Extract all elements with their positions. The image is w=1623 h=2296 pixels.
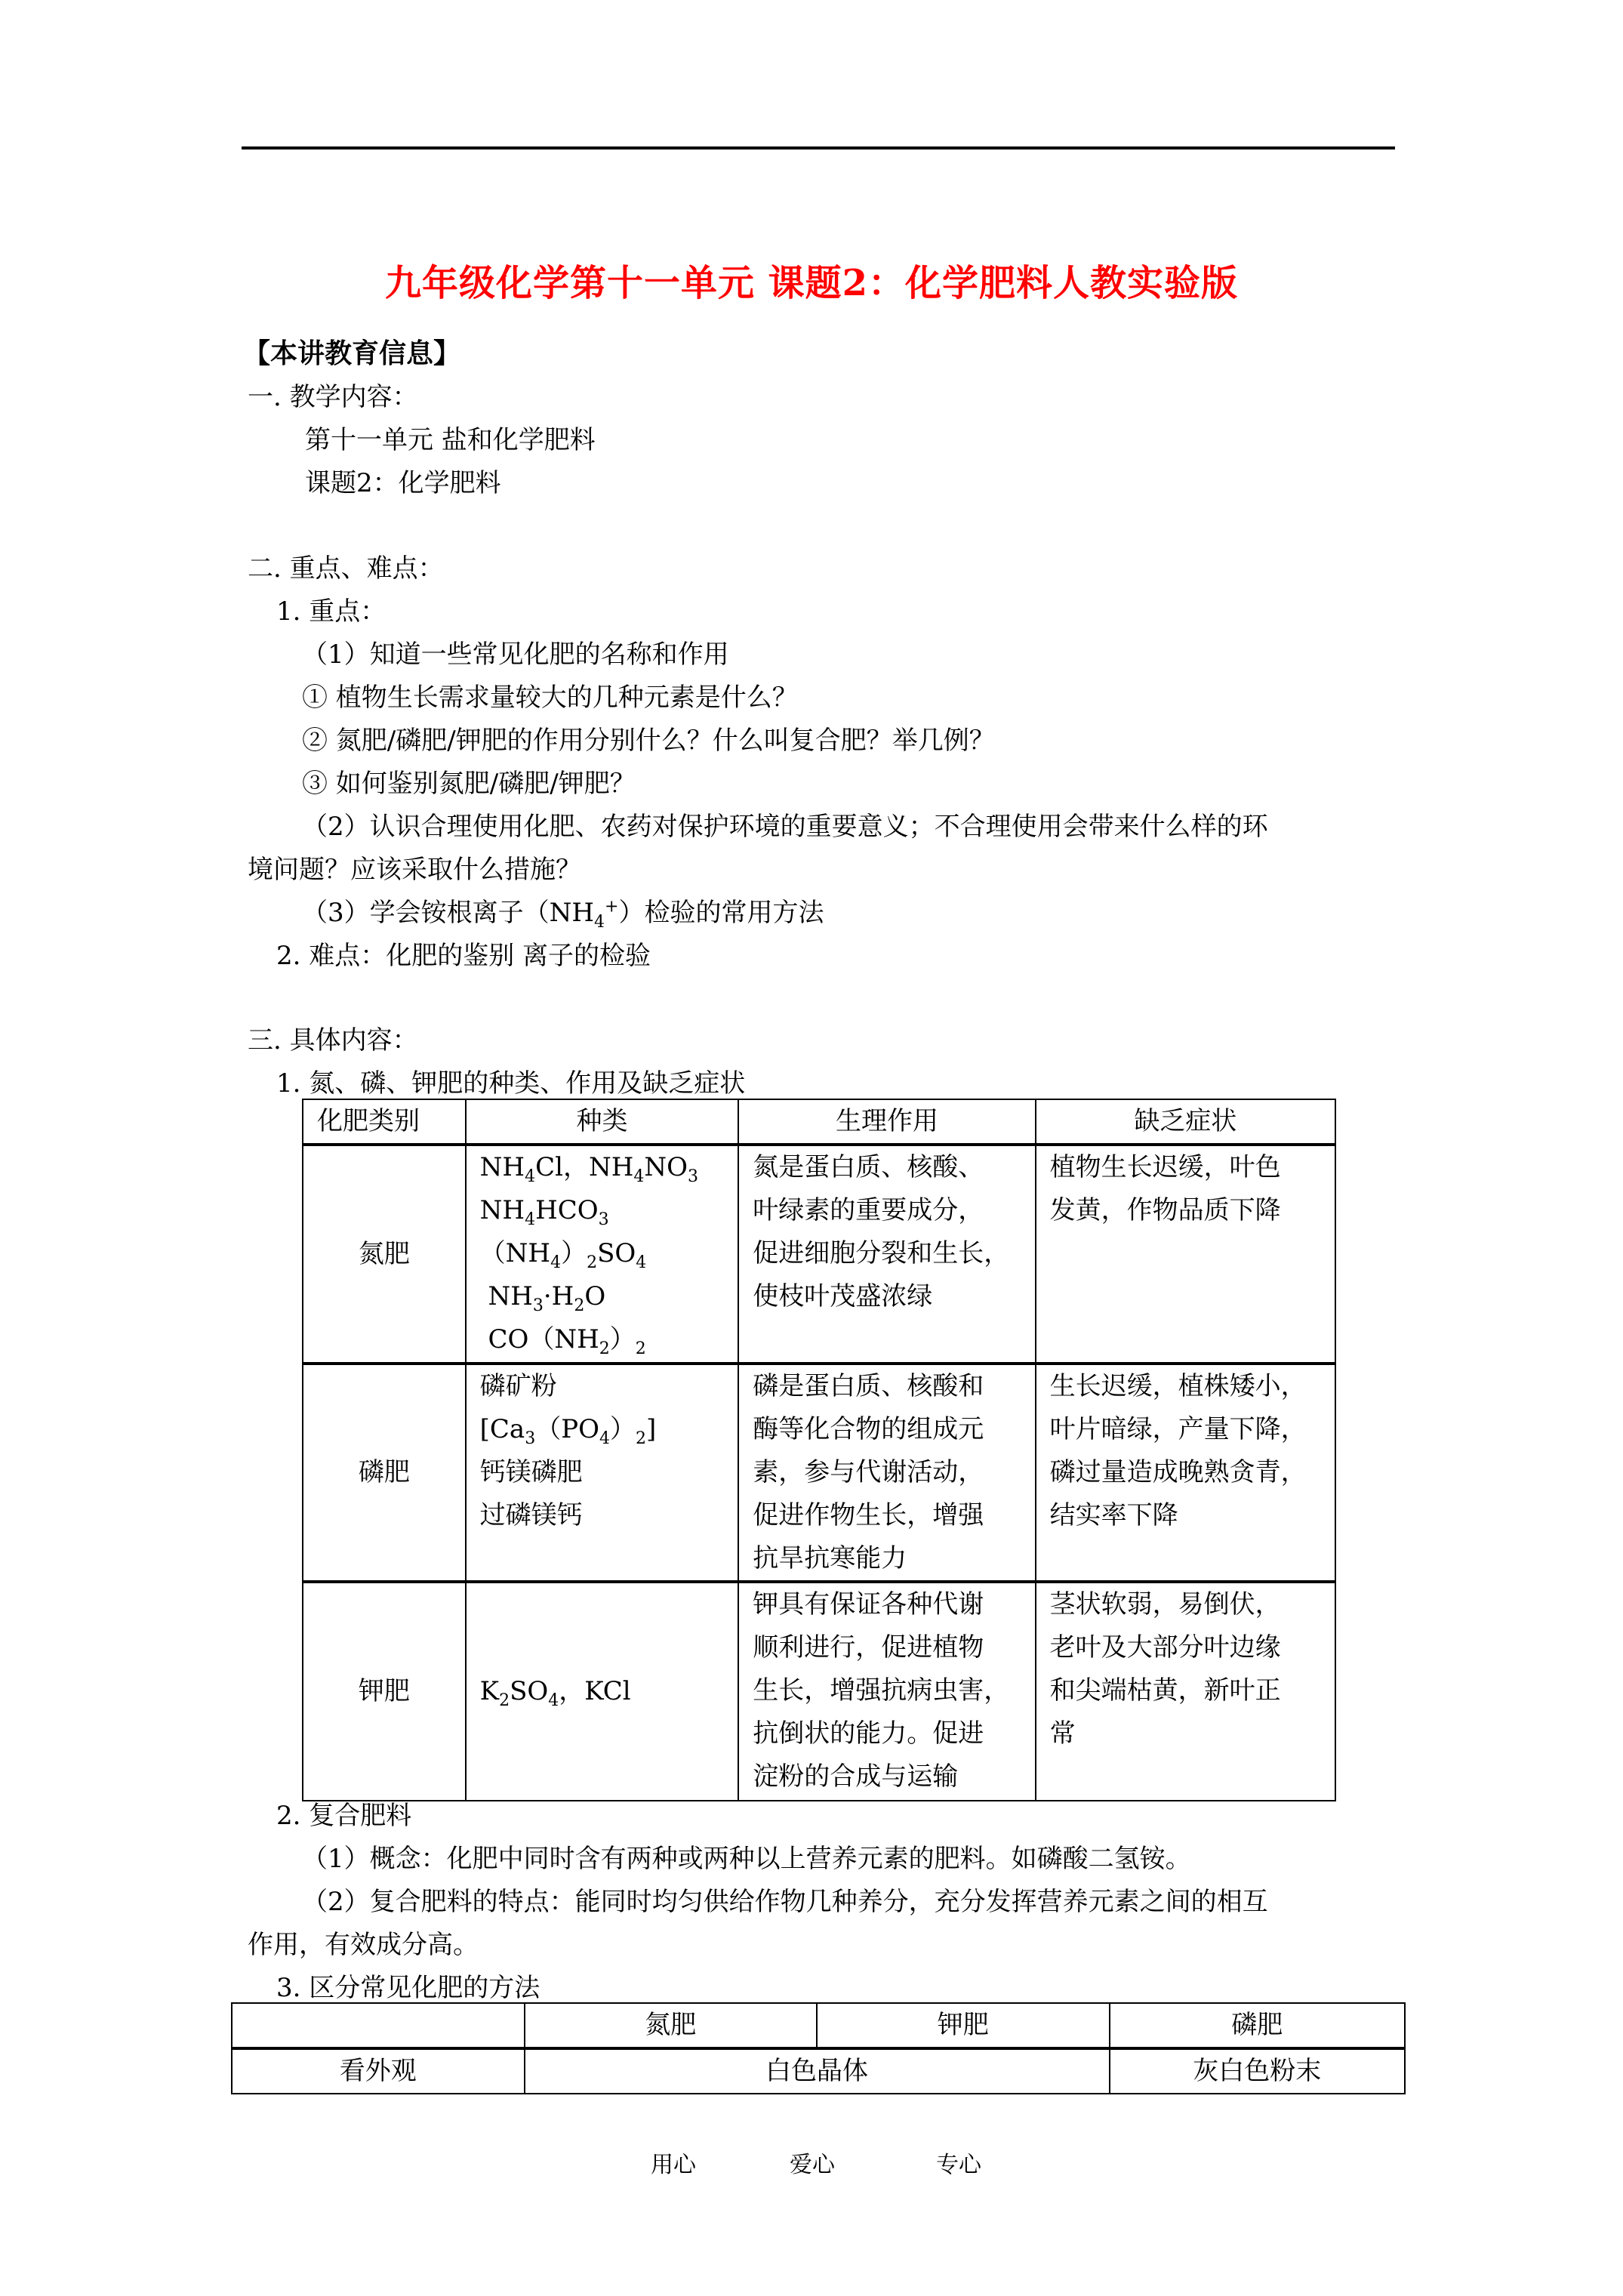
- appearance-cell: 灰白色粉末: [1110, 2048, 1406, 2094]
- document-title: 九年级化学第十一单元 课题2：化学肥料人教实验版: [0, 254, 1623, 306]
- types-cell: NH4Cl，NH4NO3 NH4HCO3 （NH4）2SO4 NH3·H2O C…: [466, 1145, 739, 1364]
- key-point-question: ③ 如何鉴别氮肥/磷肥/钾肥？: [302, 769, 636, 799]
- key-point-item-continued: 境问题？应该采取什么措施？: [248, 855, 581, 885]
- subsection-heading: 1. 氮、磷、钾肥的种类、作用及缺乏症状: [276, 1068, 745, 1099]
- category-cell: 钾肥: [303, 1582, 466, 1801]
- function-cell: 磷是蛋白质、核酸和 酶等化合物的组成元 素，参与代谢活动， 促进作物生长，增强 …: [738, 1364, 1035, 1582]
- types-cell: 磷矿粉 [Ca3（PO4）2] 钙镁磷肥 过磷镁钙: [466, 1364, 739, 1582]
- table-row: 氮肥 NH4Cl，NH4NO3 NH4HCO3 （NH4）2SO4 NH3·H2…: [303, 1145, 1335, 1364]
- table-header-cell: [232, 2003, 525, 2048]
- category-cell: 氮肥: [303, 1145, 466, 1364]
- key-point-item: （2）认识合理使用化肥、农药对保护环境的重要意义；不合理使用会带来什么样的环: [302, 812, 1268, 842]
- key-point-question: ② 氮肥/磷肥/钾肥的作用分别什么？什么叫复合肥？举几例？: [302, 726, 995, 756]
- table-row: 看外观 白色晶体 灰白色粉末: [232, 2048, 1405, 2094]
- deficiency-cell: 茎状软弱，易倒伏， 老叶及大部分叶边缘 和尖端枯黄，新叶正 常: [1036, 1582, 1335, 1801]
- table-header-row: 氮肥 钾肥 磷肥: [232, 2003, 1405, 2048]
- table-row: 钾肥 K2SO4，KCl 钾具有保证各种代谢 顺利进行，促进植物 生长，增强抗病…: [303, 1582, 1335, 1801]
- deficiency-cell: 植物生长迟缓，叶色 发黄，作物品质下降: [1036, 1145, 1335, 1364]
- header-rule: [242, 146, 1395, 149]
- table-header-cell: 缺乏症状: [1036, 1099, 1335, 1145]
- key-point-question: ① 植物生长需求量较大的几种元素是什么？: [302, 683, 798, 713]
- function-cell: 氮是蛋白质、核酸、 叶绿素的重要成分， 促进细胞分裂和生长， 使枝叶茂盛浓绿: [738, 1145, 1035, 1364]
- types-cell: K2SO4，KCl: [466, 1582, 739, 1801]
- compound-feature: （2）复合肥料的特点：能同时均匀供给作物几种养分，充分发挥营养元素之间的相互: [302, 1887, 1268, 1917]
- compound-feature-continued: 作用，有效成分高。: [248, 1930, 479, 1960]
- info-header: 【本讲教育信息】: [243, 338, 460, 368]
- category-cell: 磷肥: [303, 1364, 466, 1582]
- section1-line: 课题2：化学肥料: [305, 468, 501, 498]
- table-header-row: 化肥类别 种类 生理作用 缺乏症状: [303, 1099, 1335, 1145]
- row-label-cell: 看外观: [232, 2048, 525, 2094]
- section1-heading: 一. 教学内容：: [248, 382, 418, 412]
- key-point-item: （1）知道一些常见化肥的名称和作用: [302, 639, 729, 670]
- section2-heading: 二. 重点、难点：: [248, 553, 444, 584]
- key-points-heading: 1. 重点：: [276, 596, 386, 627]
- table-header-cell: 化肥类别: [303, 1099, 466, 1145]
- key-point-item: （3）学会铵根离子（NH4+）检验的常用方法: [302, 898, 824, 928]
- footer-text: 爱心: [790, 2150, 835, 2180]
- appearance-cell: 白色晶体: [525, 2048, 1110, 2094]
- deficiency-cell: 生长迟缓，植株矮小， 叶片暗绿，产量下降， 磷过量造成晚熟贪青， 结实率下降: [1036, 1364, 1335, 1582]
- section3-heading: 三. 具体内容：: [248, 1025, 418, 1056]
- footer-text: 专心: [936, 2150, 981, 2180]
- table-header-cell: 磷肥: [1110, 2003, 1406, 2048]
- section1-line: 第十一单元 盐和化学肥料: [305, 425, 596, 455]
- table-header-cell: 种类: [466, 1099, 739, 1145]
- subsection-heading: 2. 复合肥料: [276, 1801, 411, 1831]
- difficulty-line: 2. 难点：化肥的鉴别 离子的检验: [276, 941, 651, 971]
- identification-table: 氮肥 钾肥 磷肥 看外观 白色晶体 灰白色粉末: [231, 2002, 1406, 2094]
- footer-text: 用心: [651, 2150, 696, 2180]
- compound-concept: （1）概念：化肥中同时含有两种或两种以上营养元素的肥料。如磷酸二氢铵。: [302, 1844, 1191, 1874]
- table-header-cell: 生理作用: [738, 1099, 1035, 1145]
- function-cell: 钾具有保证各种代谢 顺利进行，促进植物 生长，增强抗病虫害， 抗倒状的能力。促进…: [738, 1582, 1035, 1801]
- table-row: 磷肥 磷矿粉 [Ca3（PO4）2] 钙镁磷肥 过磷镁钙 磷是蛋白质、核酸和 酶…: [303, 1364, 1335, 1582]
- table-header-cell: 钾肥: [817, 2003, 1110, 2048]
- table-header-cell: 氮肥: [525, 2003, 818, 2048]
- fertilizer-table: 化肥类别 种类 生理作用 缺乏症状 氮肥 NH4Cl，NH4NO3 NH4HCO…: [302, 1099, 1336, 1801]
- subsection-heading: 3. 区分常见化肥的方法: [276, 1973, 540, 2003]
